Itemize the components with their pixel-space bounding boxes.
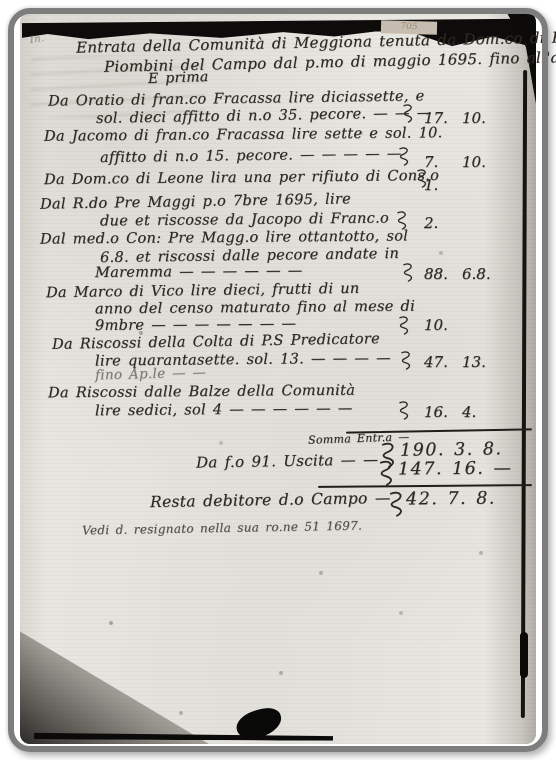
right-edge-ink-blot bbox=[520, 632, 528, 678]
amount-lire: 88. bbox=[424, 265, 448, 283]
manuscript-viewer: 705 In. Entrata della Comunità di Meggio… bbox=[0, 0, 556, 760]
paper-speckles bbox=[20, 12, 22, 14]
amount-lire: 2. bbox=[424, 214, 438, 232]
amount-lire: 10. bbox=[424, 316, 448, 334]
uscita-label: Da f.o 91. Uscita — — bbox=[196, 450, 379, 471]
bracket-flourish bbox=[388, 490, 406, 517]
amount-lire: 17. bbox=[424, 109, 448, 127]
entry-line: due et riscosse da Jacopo di Franc.o bbox=[100, 210, 389, 229]
bracket-flourish bbox=[398, 400, 411, 420]
amount-lire: 1. bbox=[424, 176, 438, 194]
amount-soldi: 6.8. bbox=[462, 265, 491, 283]
amount-soldi: 10. bbox=[462, 109, 486, 127]
amount-lire: 47. bbox=[424, 353, 448, 371]
entry-line: Da Riscossi dalle Balze della Comunità bbox=[48, 383, 355, 402]
somma-value: 190. 3. 8. bbox=[400, 439, 503, 460]
amount-row: 47. 13. bbox=[424, 353, 536, 371]
amount-row: 7. 10. bbox=[424, 153, 536, 171]
amount-soldi: 13. bbox=[462, 353, 486, 371]
bracket-flourish bbox=[396, 210, 409, 230]
entry-line: 9mbre — — — — — — — bbox=[95, 316, 296, 334]
amount-soldi: 10. bbox=[462, 153, 486, 171]
amount-row: 1. bbox=[424, 176, 536, 194]
entry-line: anno del censo maturato fino al mese di bbox=[95, 299, 415, 318]
amount-row: 10. bbox=[424, 316, 536, 334]
bracket-flourish bbox=[378, 459, 396, 486]
amount-soldi: 4. bbox=[462, 403, 476, 421]
bracket-flourish bbox=[400, 350, 413, 370]
entry-line: Maremma — — — — — — bbox=[95, 263, 303, 281]
bracket-flourish bbox=[398, 315, 411, 335]
amount-row: 2. bbox=[424, 214, 536, 232]
entry-line: fino Ap.le — — bbox=[95, 365, 207, 384]
amount-row: 16. 4. bbox=[424, 403, 536, 421]
amount-lire: 16. bbox=[424, 403, 448, 421]
margin-mark: In. bbox=[29, 33, 45, 46]
entry-line: Dal med.o Con: Pre Magg.o lire ottantott… bbox=[40, 228, 408, 247]
bracket-flourish bbox=[402, 262, 415, 282]
resta-value: 42. 7. 8. bbox=[406, 489, 496, 510]
amount-row: 88. 6.8. bbox=[424, 265, 536, 283]
header-line-3: E prima bbox=[148, 69, 209, 87]
bracket-flourish bbox=[398, 146, 411, 166]
bracket-flourish bbox=[402, 103, 415, 123]
entry-line: lire sedici, sol 4 — — — — — — bbox=[95, 401, 353, 420]
uscita-value: 147. 16. — bbox=[398, 459, 513, 480]
